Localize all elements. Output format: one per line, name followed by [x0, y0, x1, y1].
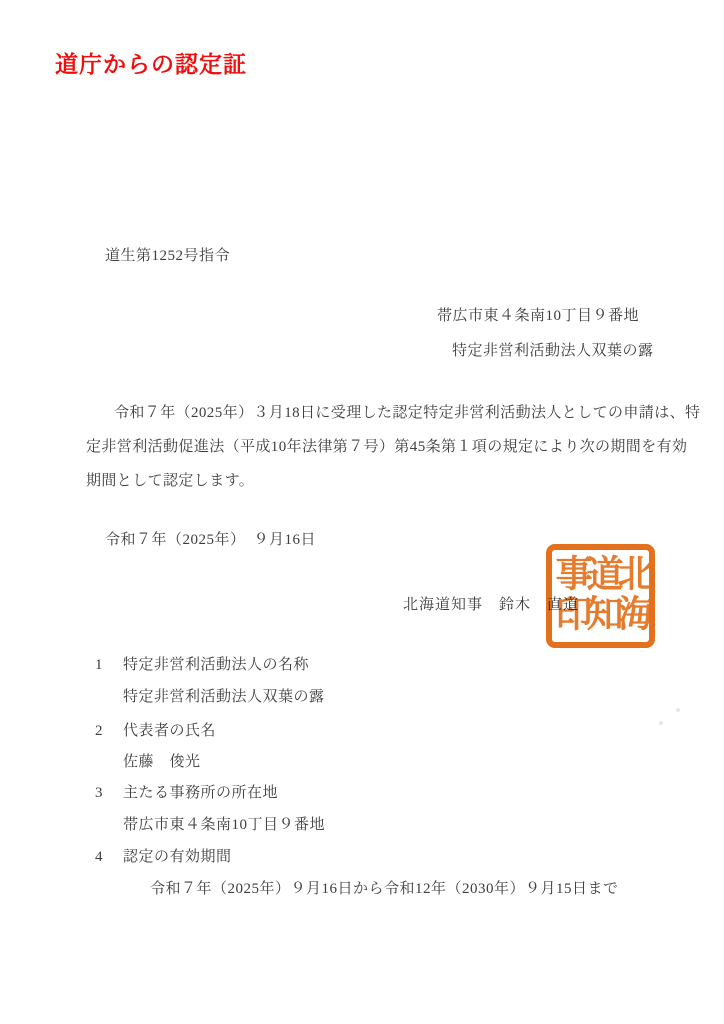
list-item-1-label-text: 特定非営利活動法人の名称: [123, 657, 309, 673]
seal-column-left: 事印: [554, 554, 585, 638]
list-item-4-number: 4: [95, 849, 123, 866]
list-item-2-label-text: 代表者の氏名: [123, 723, 216, 739]
list-item-1-value: 特定非営利活動法人双葉の露: [123, 685, 325, 706]
list-item-2-label: 2代表者の氏名: [95, 719, 216, 740]
scan-speck: [676, 708, 680, 712]
body-line-3: 期間として認定します。: [86, 464, 652, 498]
list-item-3-value: 帯広市東４条南10丁目９番地: [123, 813, 325, 834]
recipient-name: 特定非営利活動法人双葉の露: [452, 339, 654, 360]
list-item-3-number: 3: [95, 785, 123, 802]
body-line-1: 令和７年（2025年）３月18日に受理した認定特定非営利活動法人としての申請は、…: [86, 396, 652, 430]
recipient-address: 帯広市東４条南10丁目９番地: [437, 304, 639, 325]
certificate-page: 道庁からの認定証 道生第1252号指令 帯広市東４条南10丁目９番地 特定非営利…: [0, 0, 724, 1024]
official-seal-stamp: 北海道知事印: [546, 544, 655, 648]
list-item-2-value: 佐藤 俊光: [123, 750, 201, 771]
document-number: 道生第1252号指令: [105, 244, 230, 265]
body-line-2: 定非営利活動促進法（平成10年法律第７号）第45条第１項の規定により次の期間を有…: [86, 430, 652, 464]
list-item-1-number: 1: [95, 657, 123, 674]
scan-speck: [659, 721, 663, 725]
list-item-4-label-text: 認定の有効期間: [123, 849, 232, 865]
list-item-4-label: 4認定の有効期間: [95, 845, 232, 866]
list-item-2-number: 2: [95, 723, 123, 740]
list-item-4-value: 令和７年（2025年）９月16日から令和12年（2030年）９月15日まで: [150, 877, 619, 898]
list-item-3-label: 3主たる事務所の所在地: [95, 781, 278, 802]
issue-date: 令和７年（2025年） ９月16日: [105, 528, 316, 549]
page-title: 道庁からの認定証: [55, 46, 247, 79]
list-item-3-label-text: 主たる事務所の所在地: [123, 785, 278, 801]
list-item-1-label: 1特定非営利活動法人の名称: [95, 653, 309, 674]
seal-script-text: 北海道知事印: [554, 554, 647, 638]
body-paragraph: 令和７年（2025年）３月18日に受理した認定特定非営利活動法人としての申請は、…: [86, 396, 652, 498]
